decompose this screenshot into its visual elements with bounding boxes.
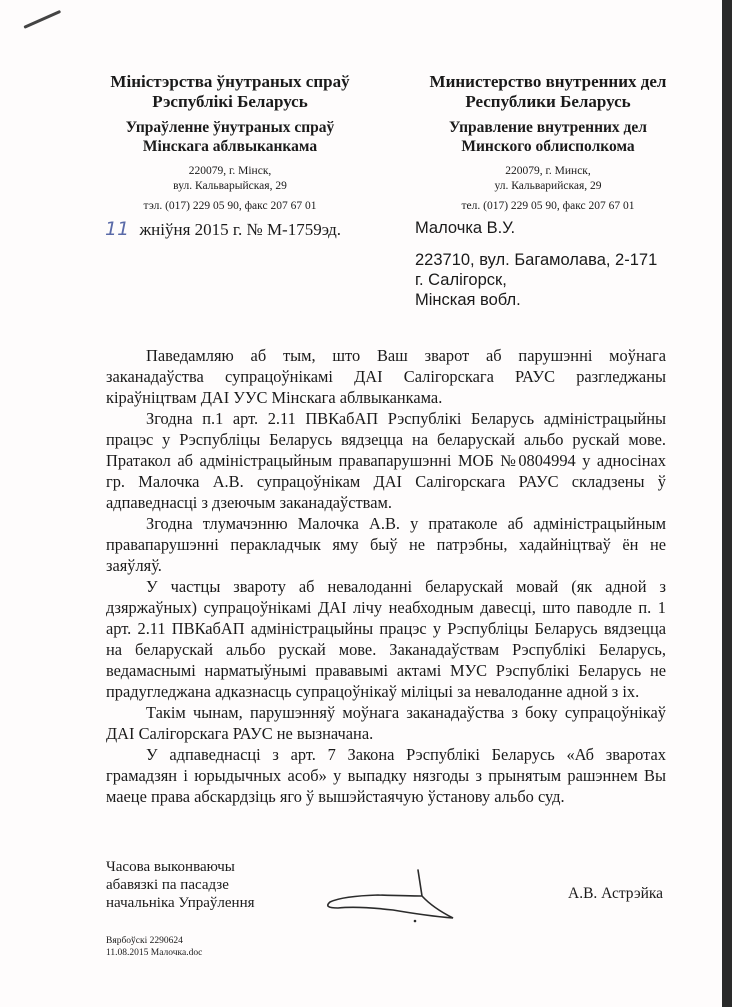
- phone-by: тэл. (017) 229 05 90, факс 207 67 01: [85, 199, 375, 214]
- address-by: 220079, г. Мінск, вул. Кальварыйская, 29: [85, 164, 375, 194]
- footer-executor: Вярбоўскі 2290624 11.08.2015 Малочка.doc: [106, 935, 202, 959]
- recipient-address-line: г. Салігорск,: [415, 270, 657, 290]
- recipient-name: Малочка В.У.: [415, 218, 657, 238]
- signatory-title: Часова выконваючы абавязкі па пасадзе на…: [106, 858, 255, 912]
- signatory-name: А.В. Астрэйка: [568, 885, 663, 903]
- recipient-block: Малочка В.У. 223710, вул. Багамолава, 2-…: [415, 218, 657, 310]
- scan-edge: [722, 0, 732, 1007]
- paragraph: Паведамляю аб тым, што Ваш зварот аб пар…: [106, 345, 666, 408]
- letterhead-russian: Министерство внутренних дел Республики Б…: [403, 72, 693, 214]
- ministry-name-ru: Министерство внутренних дел Республики Б…: [403, 72, 693, 112]
- recipient-address-line: Мінская вобл.: [415, 290, 657, 310]
- letterhead-belarusian: Міністэрства ўнутраных спраў Рэспублікі …: [85, 72, 375, 214]
- letter-page: Міністэрства ўнутраных спраў Рэспублікі …: [0, 0, 722, 1007]
- department-name-by: Упраўленне ўнутраных спраў Мінскага аблв…: [85, 118, 375, 156]
- paragraph: Такім чынам, парушэнняў моўнага заканада…: [106, 702, 666, 744]
- pen-mark: [23, 10, 61, 29]
- letter-reference: 11 жніўня 2015 г. № М-1759эд.: [105, 218, 341, 240]
- handwritten-signature-icon: [318, 868, 458, 928]
- paragraph: Згодна тлумачэнню Малочка А.В. у пратако…: [106, 513, 666, 576]
- paragraph: У частцы звароту аб невалоданні беларуск…: [106, 576, 666, 702]
- reference-number: жніўня 2015 г. № М-1759эд.: [139, 220, 341, 239]
- recipient-address-line: 223710, вул. Багамолава, 2-171: [415, 250, 657, 270]
- phone-ru: тел. (017) 229 05 90, факс 207 67 01: [403, 199, 693, 214]
- department-name-ru: Управление внутренних дел Минского облис…: [403, 118, 693, 156]
- ministry-name-by: Міністэрства ўнутраных спраў Рэспублікі …: [85, 72, 375, 112]
- paragraph: У адпаведнасці з арт. 7 Закона Рэспублік…: [106, 744, 666, 807]
- letter-body: Паведамляю аб тым, што Ваш зварот аб пар…: [106, 345, 666, 807]
- handwritten-day: 11: [105, 218, 129, 240]
- address-ru: 220079, г. Минск, ул. Кальварийская, 29: [403, 164, 693, 194]
- paragraph: Згодна п.1 арт. 2.11 ПВКабАП Рэспублікі …: [106, 408, 666, 513]
